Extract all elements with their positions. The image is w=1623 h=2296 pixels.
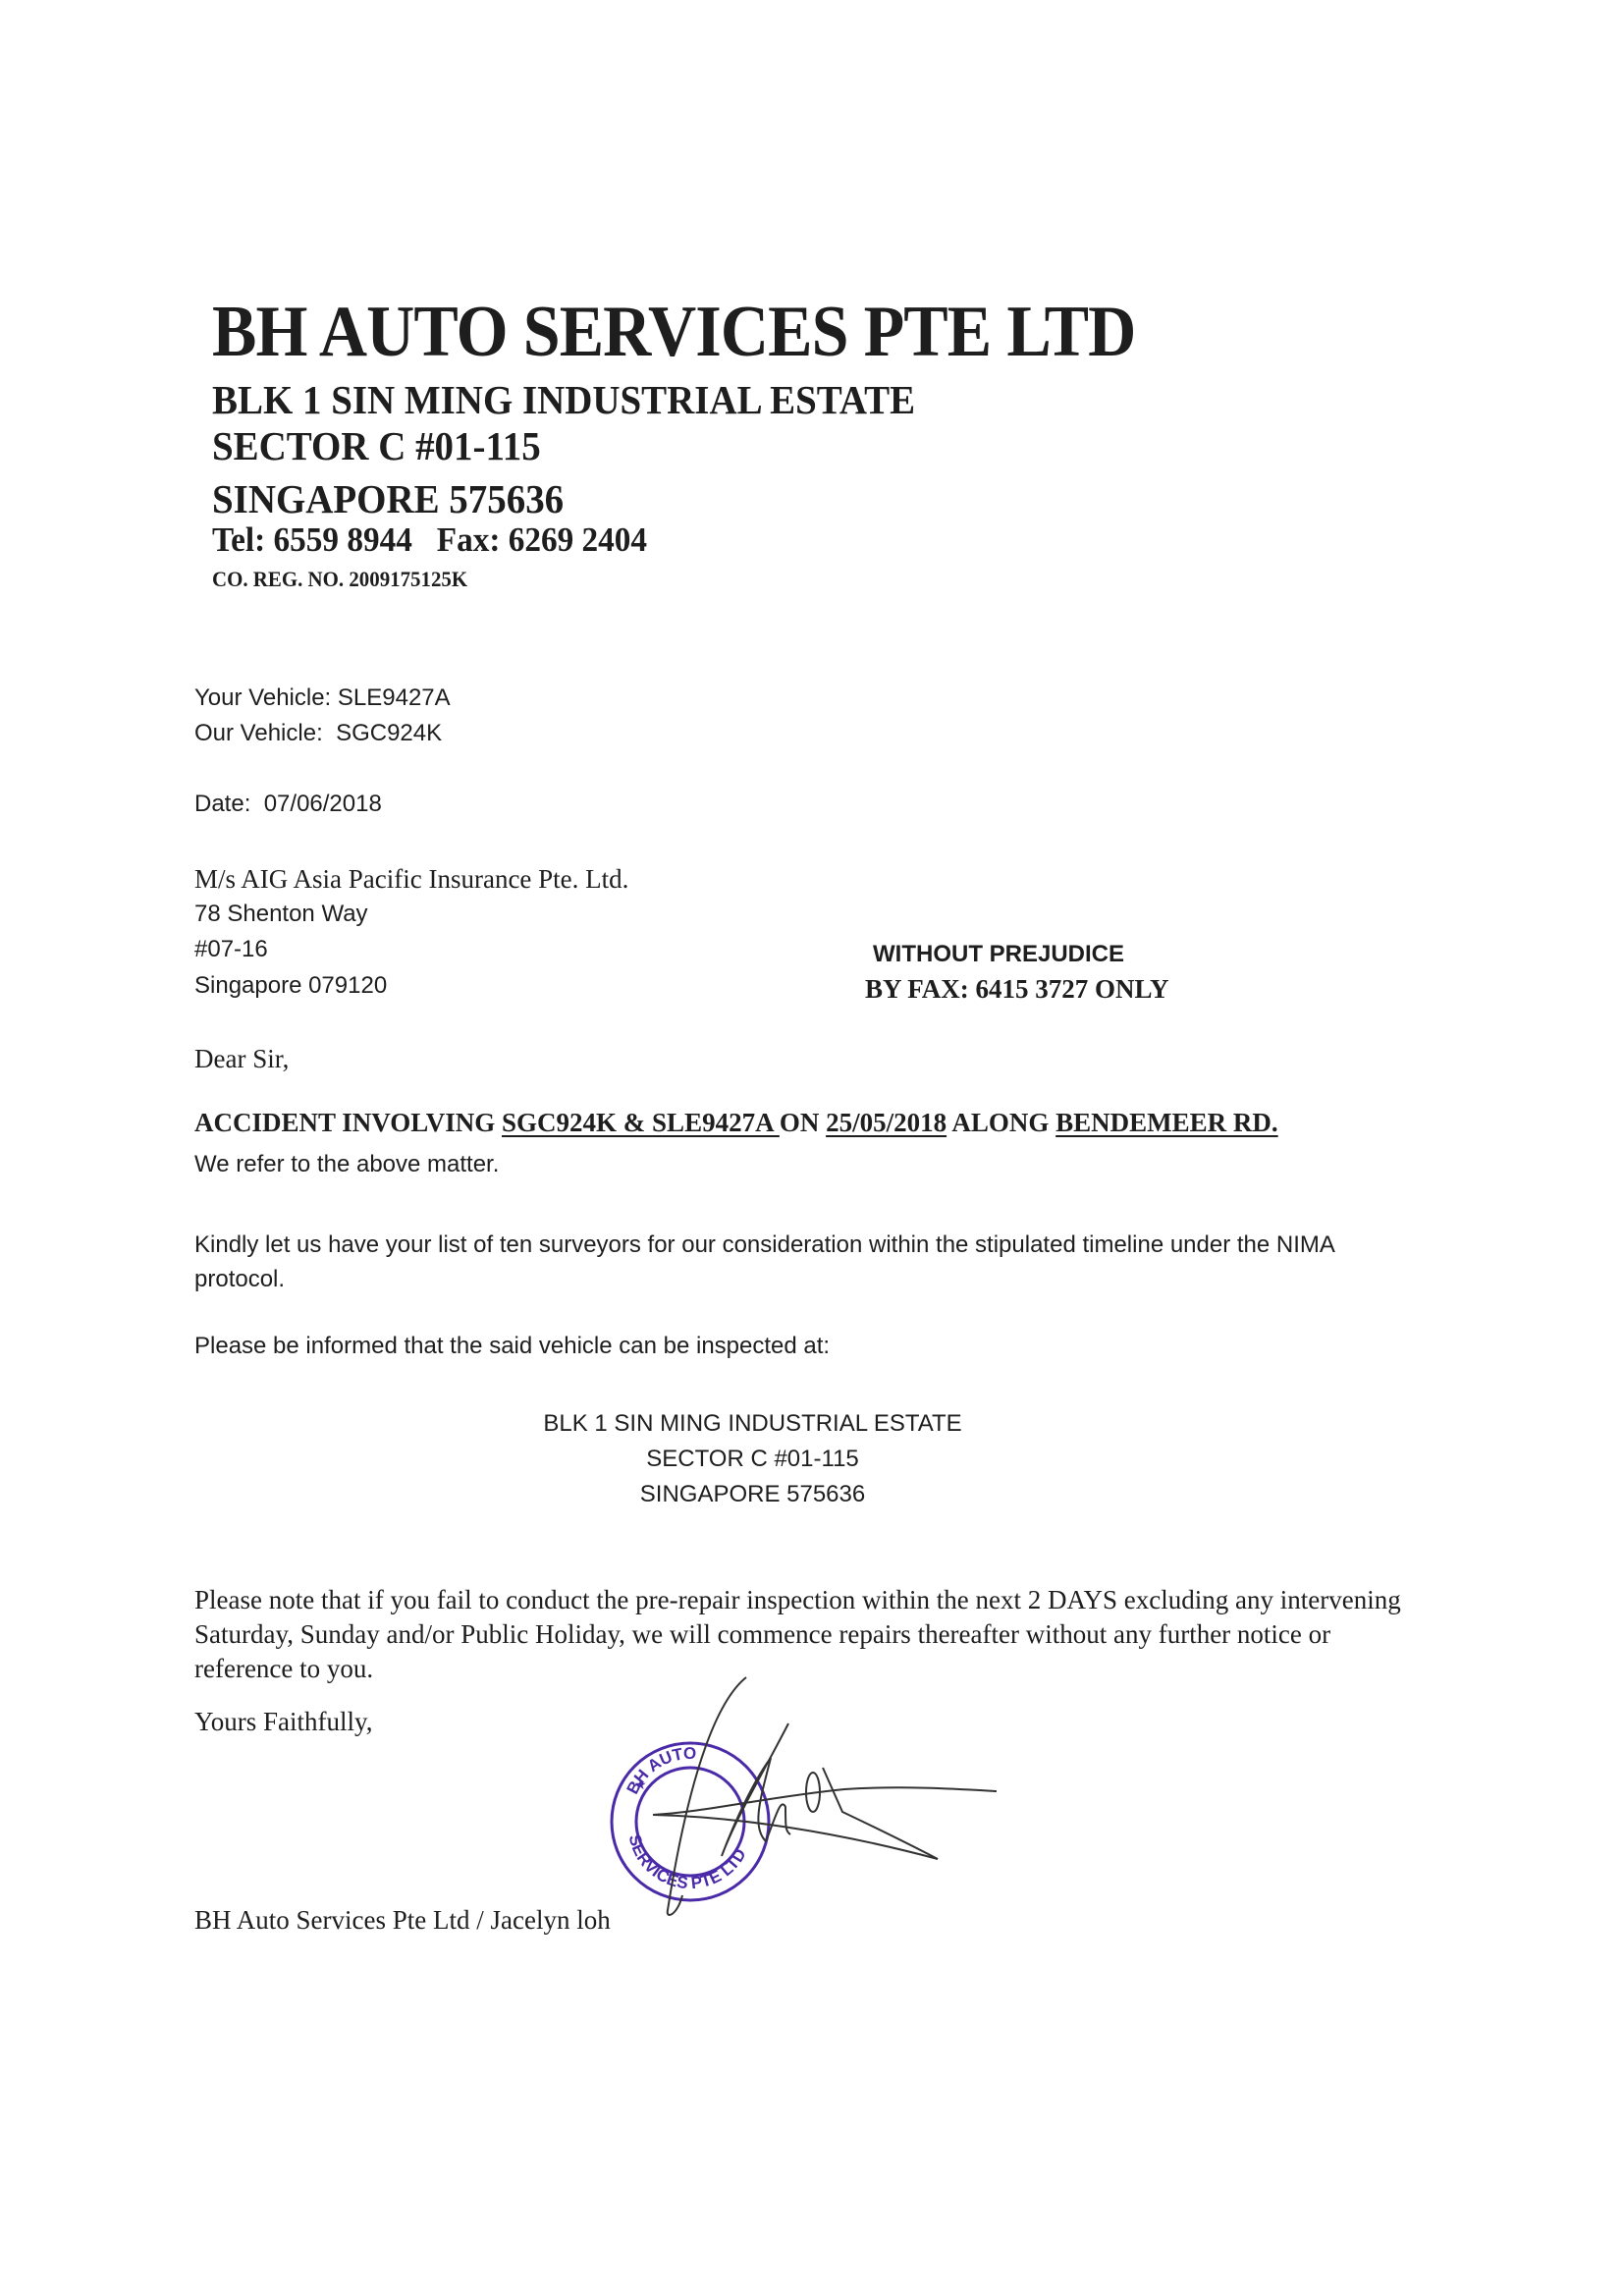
- inspection-address-line: SINGAPORE 575636: [0, 1477, 1564, 1512]
- subject-on: ON: [780, 1108, 826, 1137]
- salutation: Dear Sir,: [194, 1044, 289, 1074]
- recipient-name: M/s AIG Asia Pacific Insurance Pte. Ltd.: [194, 864, 628, 895]
- recipient-city: Singapore 079120: [194, 972, 387, 1000]
- closing-signoff: BH Auto Services Pte Ltd / Jacelyn loh: [194, 1905, 611, 1936]
- inspection-address-line: BLK 1 SIN MING INDUSTRIAL ESTATE: [0, 1406, 1564, 1442]
- company-address-line2: SECTOR C #01-115: [212, 422, 541, 469]
- closing-yours: Yours Faithfully,: [194, 1707, 373, 1737]
- subject-vehicles: SGC924K & SLE9427A: [502, 1108, 780, 1137]
- by-fax-notice: BY FAX: 6415 3727 ONLY: [865, 974, 1169, 1005]
- inspection-address-line: SECTOR C #01-115: [0, 1442, 1564, 1477]
- our-vehicle: Our Vehicle: SGC924K: [194, 720, 442, 747]
- subject-road: BENDEMEER RD.: [1055, 1108, 1278, 1137]
- company-tel-fax: Tel: 6559 8944 Fax: 6269 2404: [212, 520, 647, 560]
- without-prejudice-notice: WITHOUT PREJUDICE: [873, 941, 1124, 968]
- your-vehicle: Your Vehicle: SLE9427A: [194, 684, 451, 712]
- subject-line: ACCIDENT INVOLVING SGC924K & SLE9427A ON…: [194, 1108, 1278, 1138]
- recipient-unit: #07-16: [194, 936, 268, 963]
- body-refer: We refer to the above matter.: [194, 1151, 499, 1178]
- svg-text:★: ★: [634, 1778, 647, 1793]
- inspection-address: BLK 1 SIN MING INDUSTRIAL ESTATE SECTOR …: [0, 1406, 1623, 1512]
- subject-along: ALONG: [947, 1108, 1055, 1137]
- company-reg-no: CO. REG. NO. 2009175125K: [212, 567, 467, 592]
- company-address-line1: BLK 1 SIN MING INDUSTRIAL ESTATE: [212, 376, 915, 423]
- company-address-line3: SINGAPORE 575636: [212, 475, 564, 522]
- company-stamp-and-signature: BH AUTO SERVICES PTE LTD ★: [589, 1669, 1041, 1964]
- subject-date: 25/05/2018: [826, 1108, 947, 1137]
- letter-date: Date: 07/06/2018: [194, 791, 382, 818]
- subject-prefix: ACCIDENT INVOLVING: [194, 1108, 502, 1137]
- company-name: BH AUTO SERVICES PTE LTD: [212, 291, 1135, 374]
- body-kindly: Kindly let us have your list of ten surv…: [194, 1228, 1412, 1296]
- recipient-street: 78 Shenton Way: [194, 901, 368, 928]
- body-inform: Please be informed that the said vehicle…: [194, 1333, 830, 1360]
